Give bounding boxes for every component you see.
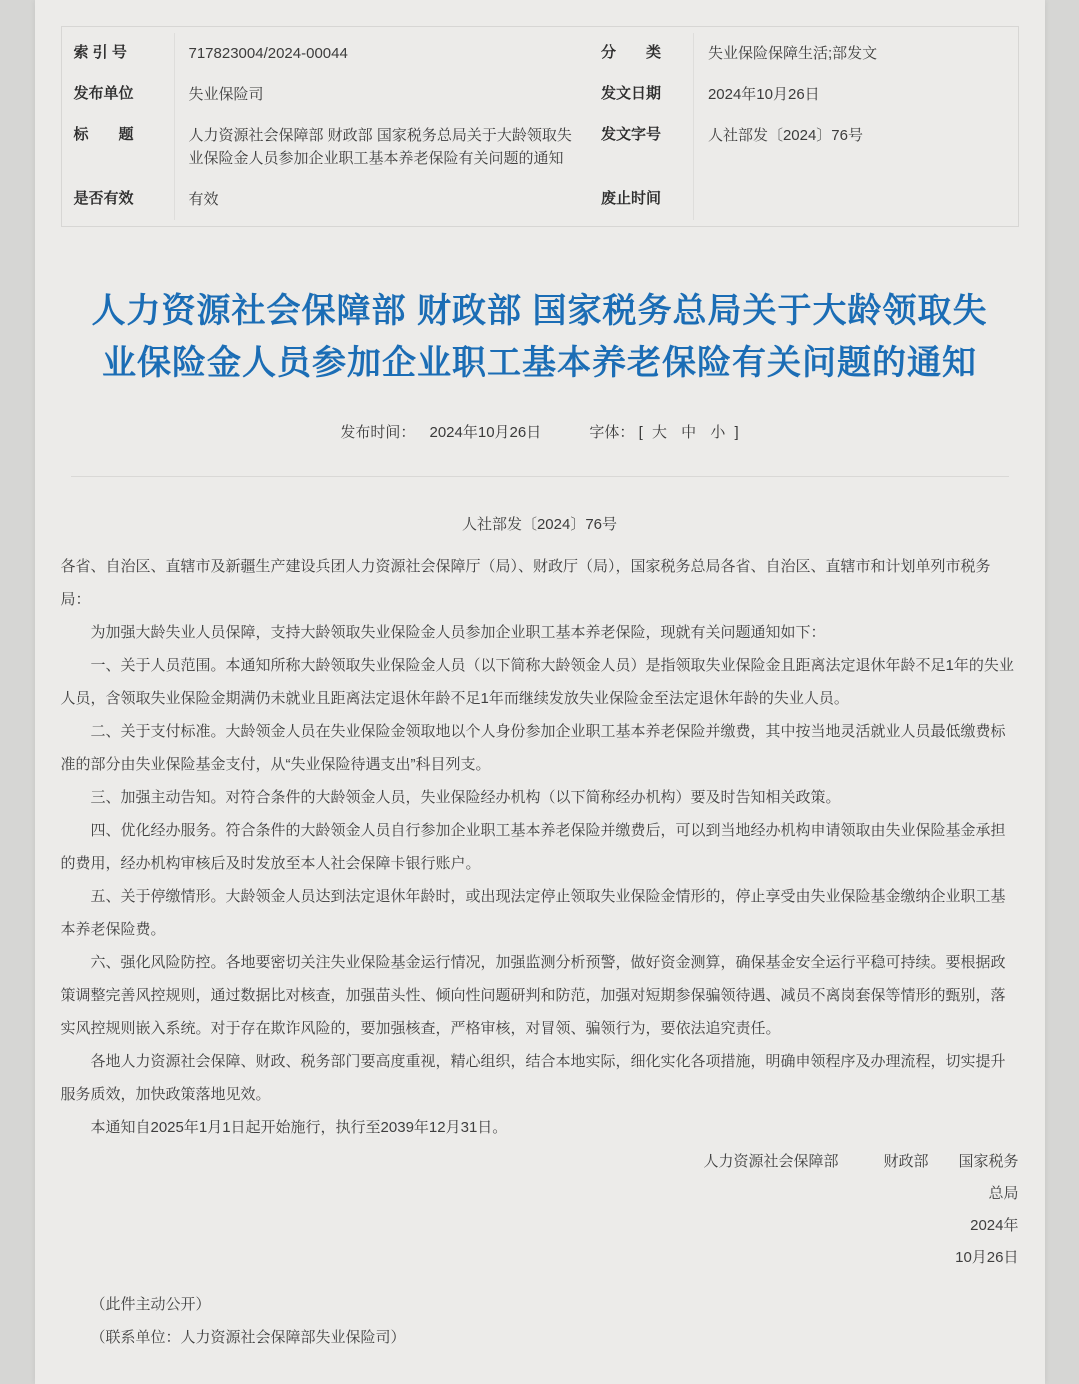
meta-label-title: 标 题: [62, 115, 174, 179]
document-meta-table: 索 引 号 717823004/2024-00044 分 类 失业保险保障生活;…: [61, 26, 1019, 227]
signature-line-agencies: 人力资源社会保障部 财政部 国家税务: [61, 1146, 1019, 1178]
body-paragraph-section-2: 二、关于支付标准。大龄领金人员在失业保险金领取地以个人身份参加企业职工基本养老保…: [61, 715, 1019, 781]
meta-value-category: 失业保险保障生活;部发文: [693, 33, 1018, 74]
salutation-paragraph: 各省、自治区、直辖市及新疆生产建设兵团人力资源社会保障厅（局）、财政厅（局），国…: [61, 550, 1019, 616]
bracket-close: ]: [735, 424, 739, 441]
publish-time-value: 2024年10月26日: [430, 424, 542, 441]
meta-value-publish-unit: 失业保险司: [174, 74, 589, 115]
meta-value-doc-symbol: 人社部发〔2024〕76号: [693, 115, 1018, 179]
meta-value-validity: 有效: [174, 179, 589, 220]
meta-label-publish-unit: 发布单位: [62, 74, 174, 115]
body-paragraph-section-1: 一、关于人员范围。本通知所称大龄领取失业保险金人员（以下简称大龄领金人员）是指领…: [61, 649, 1019, 715]
horizontal-divider: [71, 476, 1009, 477]
meta-label-category: 分 类: [589, 33, 693, 74]
body-paragraph-implementation: 各地人力资源社会保障、财政、税务部门要高度重视，精心组织，结合本地实际，细化实化…: [61, 1045, 1019, 1111]
font-size-large-button[interactable]: 大: [652, 424, 667, 441]
meta-value-issue-date: 2024年10月26日: [693, 74, 1018, 115]
document-number: 人社部发〔2024〕76号: [61, 513, 1019, 534]
font-size-medium-button[interactable]: 中: [681, 424, 696, 441]
note-public-disclosure: （此件主动公开）: [91, 1288, 1019, 1321]
body-paragraph-section-6: 六、强化风险防控。各地要密切关注失业保险基金运行情况，加强监测分析预警，做好资金…: [61, 946, 1019, 1045]
body-paragraph: 为加强大龄失业人员保障，支持大龄领取失业保险金人员参加企业职工基本养老保险，现就…: [61, 616, 1019, 649]
meta-label-issue-date: 发文日期: [589, 74, 693, 115]
meta-label-validity: 是否有效: [62, 179, 174, 220]
body-paragraph-section-3: 三、加强主动告知。对符合条件的大龄领金人员，失业保险经办机构（以下简称经办机构）…: [61, 781, 1019, 814]
body-paragraph-effective-dates: 本通知自2025年1月1日起开始施行，执行至2039年12月31日。: [61, 1111, 1019, 1144]
body-paragraph-section-5: 五、关于停缴情形。大龄领金人员达到法定退休年龄时，或出现法定停止领取失业保险金情…: [61, 880, 1019, 946]
meta-label-repeal-time: 废止时间: [589, 179, 693, 220]
publish-time-label: 发布时间：: [340, 424, 415, 441]
document-body: 各省、自治区、直辖市及新疆生产建设兵团人力资源社会保障厅（局）、财政厅（局），国…: [61, 550, 1019, 1144]
font-size-small-button[interactable]: 小: [710, 424, 725, 441]
signature-line-date: 10月26日: [61, 1242, 1019, 1274]
font-size-label: 字体：: [589, 424, 634, 441]
body-paragraph-section-4: 四、优化经办服务。符合条件的大龄领金人员自行参加企业职工基本养老保险并缴费后，可…: [61, 814, 1019, 880]
page-title: 人力资源社会保障部 财政部 国家税务总局关于大龄领取失业保险金人员参加企业职工基…: [75, 285, 1005, 389]
note-contact-unit: （联系单位：人力资源社会保障部失业保险司）: [91, 1321, 1019, 1354]
signature-block: 人力资源社会保障部 财政部 国家税务 总局 2024年 10月26日: [61, 1146, 1019, 1274]
meta-value-repeal-time: [693, 179, 1018, 220]
signature-line-year: 2024年: [61, 1210, 1019, 1242]
signature-line-agency-wrap: 总局: [61, 1178, 1019, 1210]
meta-label-doc-symbol: 发文字号: [589, 115, 693, 179]
footer-notes: （此件主动公开） （联系单位：人力资源社会保障部失业保险司）: [61, 1288, 1019, 1354]
meta-value-index-number: 717823004/2024-00044: [174, 33, 589, 74]
publish-info-bar: 发布时间： 2024年10月26日 字体： [ 大 中 小 ]: [61, 421, 1019, 442]
meta-label-index-number: 索 引 号: [62, 33, 174, 74]
meta-value-title: 人力资源社会保障部 财政部 国家税务总局关于大龄领取失业保险金人员参加企业职工基…: [174, 115, 589, 179]
document-page: 索 引 号 717823004/2024-00044 分 类 失业保险保障生活;…: [35, 0, 1045, 1384]
bracket-open: [: [639, 424, 643, 441]
